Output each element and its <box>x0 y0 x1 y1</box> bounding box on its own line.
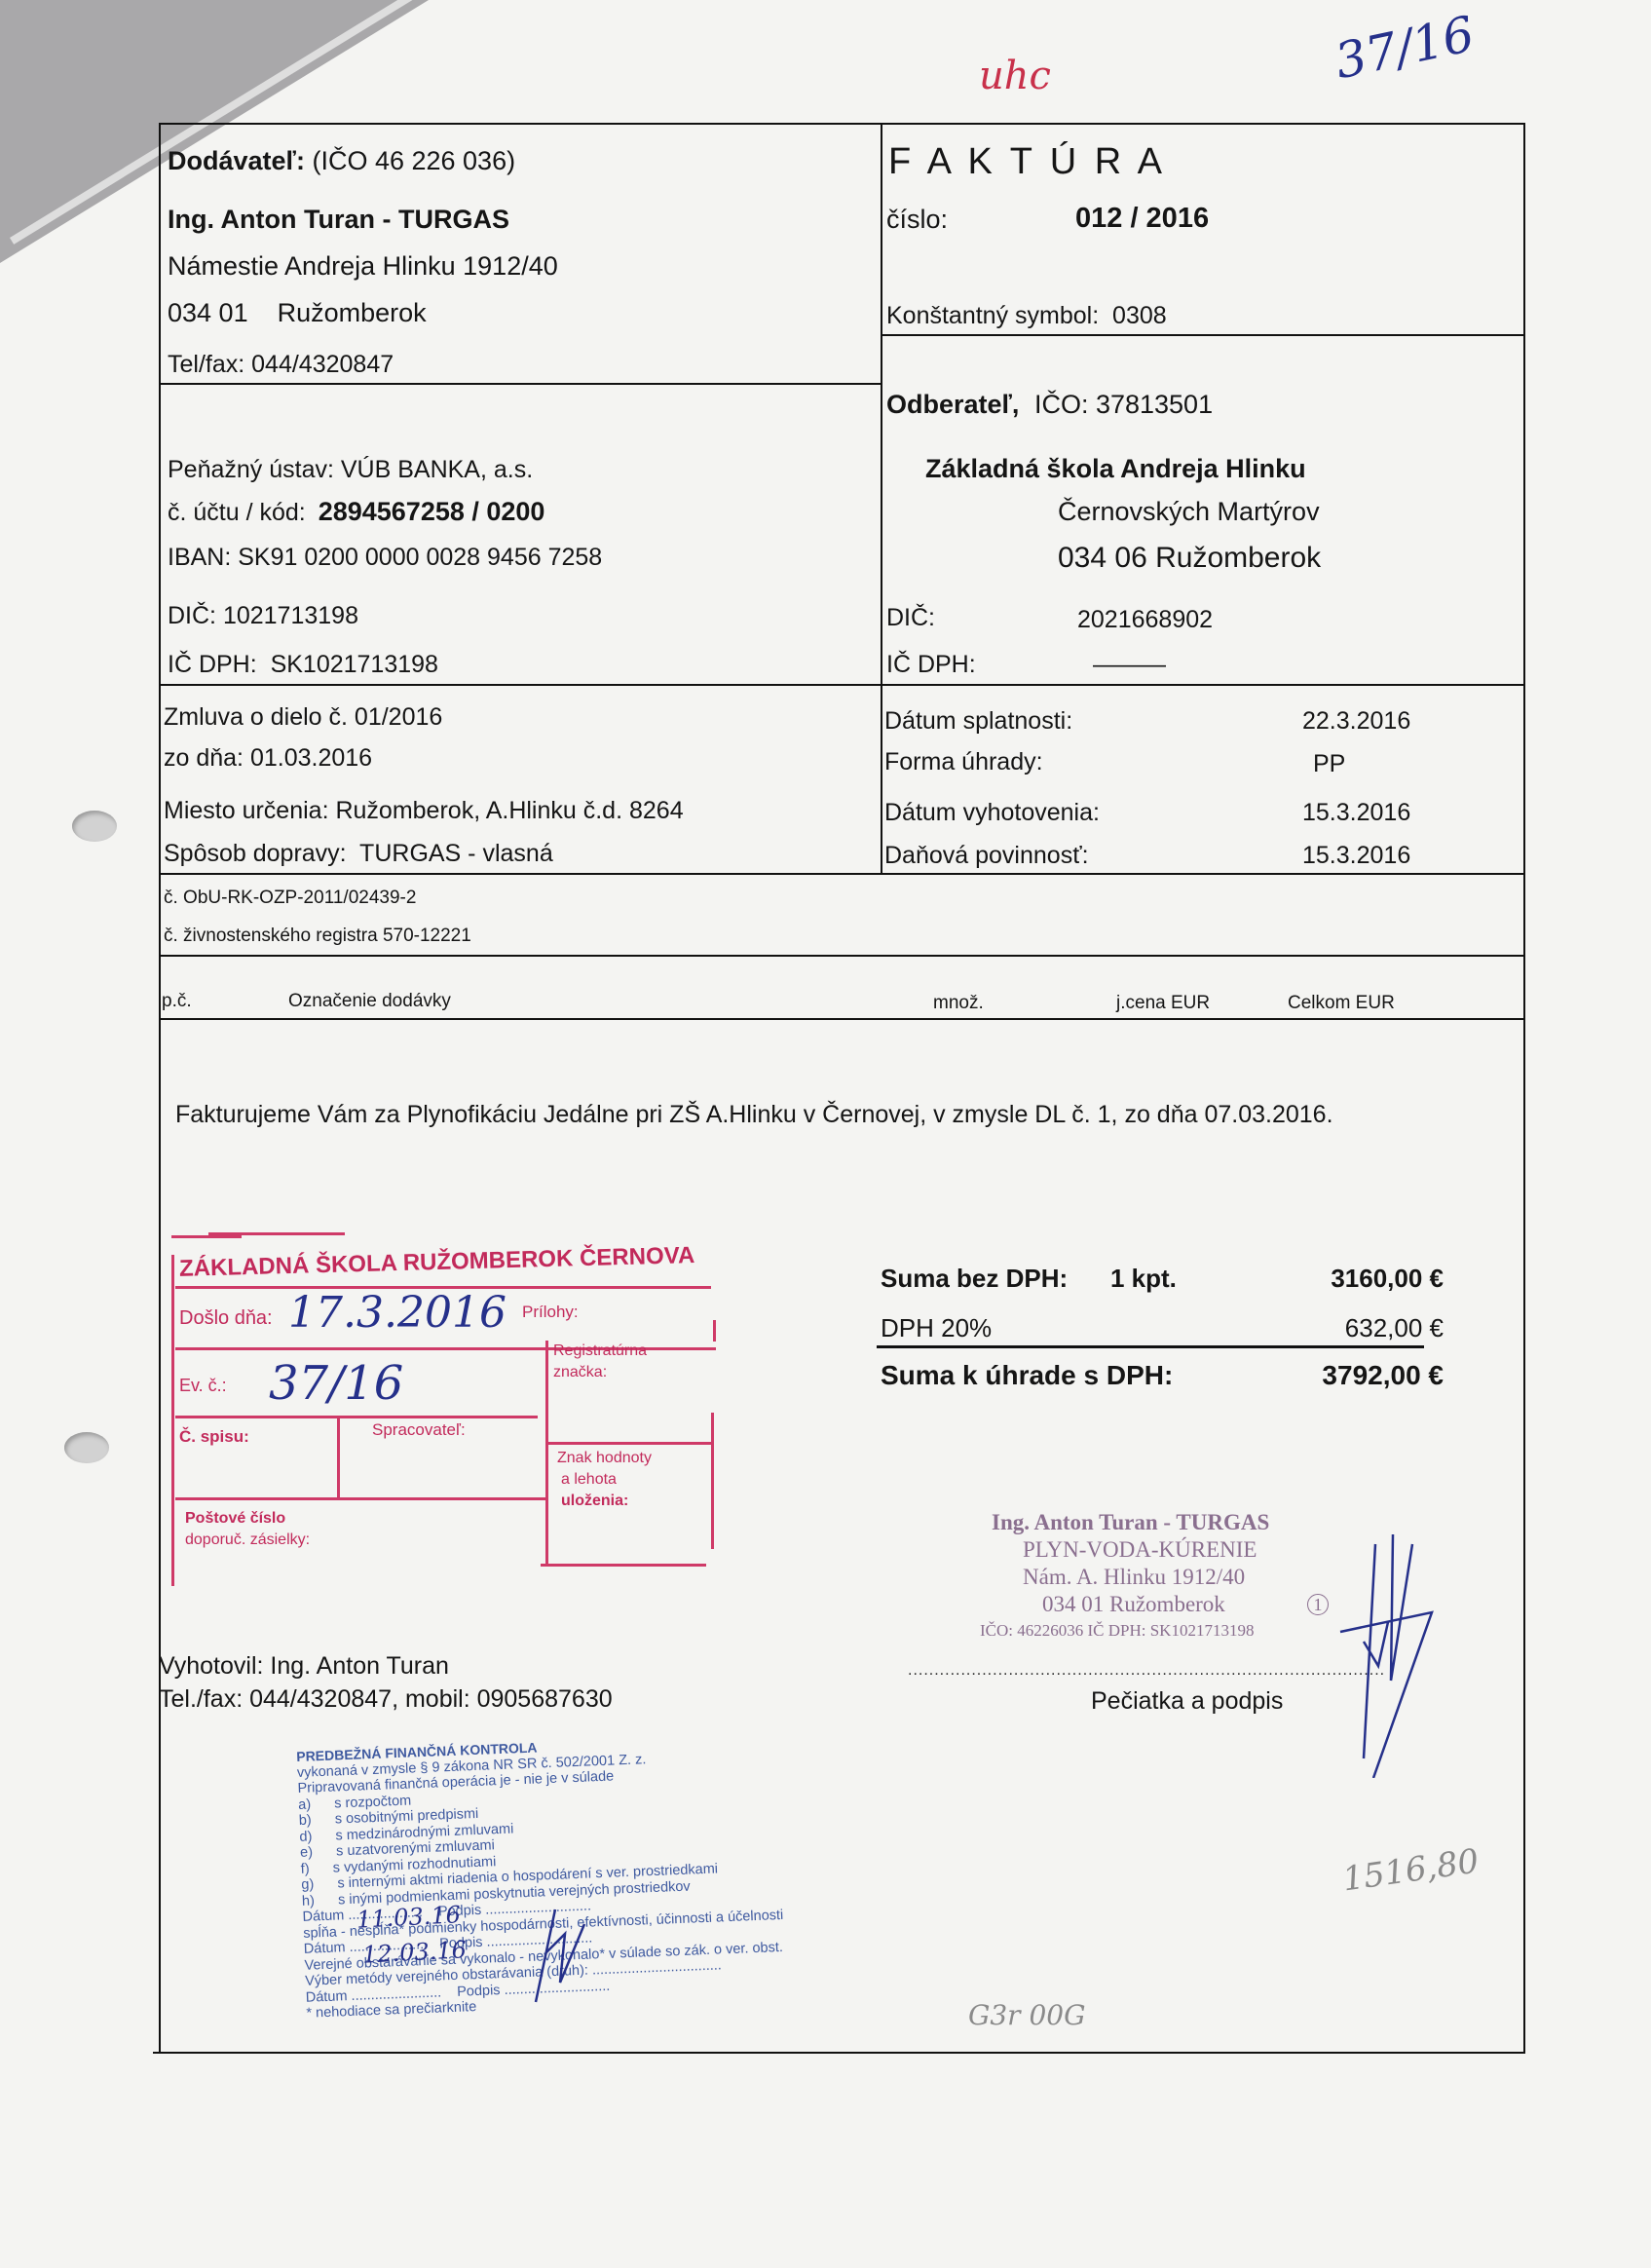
supplier-name: Ing. Anton Turan - TURGAS <box>168 205 509 235</box>
frame-bottom <box>153 2052 1525 2054</box>
customer-ico: IČO: 37813501 <box>1034 390 1213 419</box>
tax-date-label: Daňová povinnosť: <box>884 842 1089 870</box>
registry-line-2: č. živnostenského registra 570-12221 <box>164 926 471 947</box>
frame-left <box>159 123 161 2054</box>
payment-form-value: PP <box>1313 750 1345 778</box>
frame-right <box>1523 123 1525 2054</box>
constant-symbol: Konštantný symbol: 0308 <box>886 302 1167 330</box>
divider-invoice <box>881 334 1525 336</box>
contract-date: zo dňa: 01.03.2016 <box>164 744 372 773</box>
handwritten-initials: uhc <box>979 54 1051 98</box>
gross-label: Suma k úhrade s DPH: <box>881 1360 1173 1391</box>
stamp-number-icon: 1 <box>1307 1594 1329 1615</box>
frame-center-divider <box>881 123 882 875</box>
prepared-by-phone: Tel./fax: 044/4320847, mobil: 0905687630 <box>159 1685 613 1714</box>
pencil-amount: 1516,80 <box>1340 1841 1482 1899</box>
divider-dates <box>159 873 1525 875</box>
company-stamp-line-4: 034 01 Ružomberok <box>1042 1592 1225 1617</box>
account-label: č. účtu / kód: <box>168 499 306 526</box>
frame-top <box>159 123 1525 125</box>
supplier-phone: Tel/fax: 044/4320847 <box>168 351 394 379</box>
invoice-title: F A K T Ú R A <box>888 141 1166 183</box>
stamp-postal-label-2: doporuč. zásielky: <box>185 1531 310 1549</box>
due-date-value: 22.3.2016 <box>1302 707 1410 736</box>
supplier-iban: IBAN: SK91 0200 0000 0028 9456 7258 <box>168 544 602 572</box>
stamp-postal-label-1: Poštové číslo <box>185 1510 285 1528</box>
company-stamp-line-2: PLYN-VODA-KÚRENIE <box>1023 1537 1257 1563</box>
supplier-bank: Peňažný ústav: VÚB BANKA, a.s. <box>168 456 533 484</box>
customer-label: Odberateľ, <box>886 390 1019 419</box>
customer-ic-dph-value: ——— <box>1093 651 1166 679</box>
divider-registry <box>159 955 1525 957</box>
stamp-registry-label-2: značka: <box>553 1364 607 1381</box>
stamp-ev-label: Ev. č.: <box>179 1376 227 1396</box>
punch-hole-bottom <box>64 1432 109 1463</box>
customer-dic-label: DIČ: <box>886 604 935 632</box>
customer-city: 034 06 Ružomberok <box>1058 542 1321 575</box>
contract-number: Zmluva o dielo č. 01/2016 <box>164 703 442 732</box>
supplier-ic-dph: IČ DPH: SK1021713198 <box>168 651 438 679</box>
stamp-received-label: Došlo dňa: <box>179 1307 273 1330</box>
supplier-dic: DIČ: 1021713198 <box>168 602 358 630</box>
col-header-quantity: množ. <box>933 993 984 1014</box>
customer-heading: Odberateľ, IČO: 37813501 <box>886 390 1213 420</box>
account-value: 2894567258 / 0200 <box>319 497 545 526</box>
supplier-city: 034 01 Ružomberok <box>168 298 427 328</box>
stamp-value-label-3: uloženia: <box>561 1493 628 1510</box>
punch-hole-top <box>72 811 117 842</box>
vat-label: DPH 20% <box>881 1313 992 1343</box>
stamp-received-date: 17.3.2016 <box>288 1288 507 1338</box>
payment-form-label: Forma úhrady: <box>884 748 1043 776</box>
handwritten-date-1: 11.03.16 <box>356 1901 461 1934</box>
handwritten-date-2: 12.03.16 <box>361 1936 467 1969</box>
stamp-ev-value: 37/16 <box>269 1356 403 1411</box>
customer-dic-value: 2021668902 <box>1077 606 1213 634</box>
col-header-total: Celkom EUR <box>1288 993 1395 1014</box>
totals-underline <box>877 1345 1424 1348</box>
supplier-heading: Dodávateľ: (IČO 46 226 036) <box>168 146 515 176</box>
net-quantity: 1 kpt. <box>1110 1264 1177 1294</box>
divider-supplier <box>159 383 882 385</box>
issue-date-label: Dátum vyhotovenia: <box>884 799 1100 827</box>
gross-value: 3792,00 € <box>1322 1360 1444 1391</box>
invoice-number: 012 / 2016 <box>1075 203 1209 235</box>
customer-ic-dph-label: IČ DPH: <box>886 651 976 679</box>
company-stamp-line-1: Ing. Anton Turan - TURGAS <box>992 1510 1269 1535</box>
stamp-file-label: Č. spisu: <box>179 1427 249 1447</box>
due-date-label: Dátum splatnosti: <box>884 707 1072 736</box>
invoice-description: Fakturujeme Vám za Plynofikáciu Jedálne … <box>175 1101 1333 1129</box>
divider-tax <box>159 684 1525 686</box>
signature-caption: Pečiatka a podpis <box>1091 1687 1283 1716</box>
tax-date-value: 15.3.2016 <box>1302 842 1410 870</box>
issue-date-value: 15.3.2016 <box>1302 799 1410 827</box>
supplier-street: Námestie Andreja Hlinku 1912/40 <box>168 251 558 282</box>
vat-value: 632,00 € <box>1345 1313 1444 1343</box>
customer-street: Černovských Martýrov <box>1058 497 1320 527</box>
handwritten-registry-number: 37/16 <box>1331 6 1480 91</box>
stamp-title: ZÁKLADNÁ ŠKOLA RUŽOMBEROK ČERNOVA <box>179 1242 695 1283</box>
company-stamp-line-3: Nám. A. Hlinku 1912/40 <box>1023 1565 1245 1590</box>
stamp-value-label-2: a lehota <box>561 1471 617 1489</box>
supplier-account: č. účtu / kód: 2894567258 / 0200 <box>168 497 544 527</box>
prepared-by: Vyhotovil: Ing. Anton Turan <box>159 1652 449 1681</box>
col-header-description: Označenie dodávky <box>288 991 451 1012</box>
col-header-unit-price: j.cena EUR <box>1116 993 1210 1014</box>
delivery-place: Miesto určenia: Ružomberok, A.Hlinku č.d… <box>164 797 684 825</box>
transport-method: Spôsob dopravy: TURGAS - vlasná <box>164 840 553 868</box>
company-stamp-line-5: IČO: 46226036 IČ DPH: SK1021713198 <box>980 1621 1254 1641</box>
stamp-attachments-label: Prílohy: <box>522 1303 579 1322</box>
invoice-number-label: číslo: <box>886 205 948 235</box>
supplier-label: Dodávateľ: <box>168 146 305 175</box>
signature-dotted-line: ........................................… <box>908 1662 1385 1680</box>
col-header-number: p.č. <box>162 991 192 1012</box>
stamp-registry-label-1: Registratúrna <box>553 1342 647 1360</box>
divider-table-header <box>159 1018 1525 1020</box>
stamp-value-label-1: Znak hodnoty <box>557 1450 652 1467</box>
customer-name: Základná škola Andreja Hlinku <box>925 454 1306 484</box>
stamp-processor-label: Spracovateľ: <box>372 1420 466 1440</box>
pencil-code: G3r 00G <box>968 1999 1085 2031</box>
registry-line-1: č. ObU-RK-OZP-2011/02439-2 <box>164 888 416 909</box>
net-value: 3160,00 € <box>1331 1264 1444 1294</box>
supplier-ico: (IČO 46 226 036) <box>312 146 515 175</box>
net-label: Suma bez DPH: <box>881 1264 1068 1294</box>
signature-icon <box>1334 1525 1451 1778</box>
control-signature-icon <box>516 1905 594 2012</box>
